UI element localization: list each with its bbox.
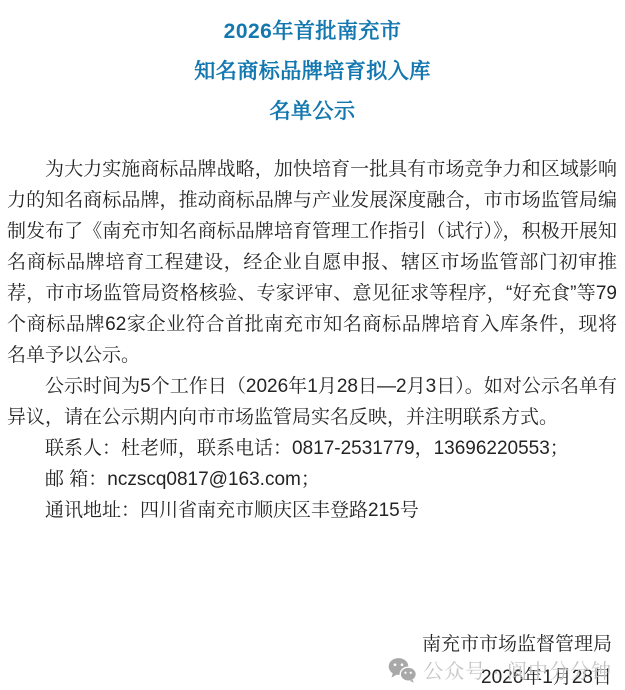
watermark-text: 公众号 · 阆中分分钟 (423, 655, 612, 684)
page-title-line-1: 2026年首批南充市 (0, 12, 625, 52)
body-paragraph-publicity-period: 公示时间为5个工作日（2026年1月28日—2月3日）。如对公示名单有异议，请在… (7, 371, 617, 433)
announcement-body: 为大力实施商标品牌战略，加快培育一批具有市场竞争力和区域影响力的知名商标品牌，推… (7, 154, 617, 526)
body-paragraph-intro: 为大力实施商标品牌战略，加快培育一批具有市场竞争力和区域影响力的知名商标品牌，推… (7, 154, 617, 371)
page-title-line-2: 知名商标品牌培育拟入库 (0, 52, 625, 92)
page-title: 2026年首批南充市 知名商标品牌培育拟入库 名单公示 (0, 0, 625, 132)
contact-email-line: 邮 箱：nczscq0817@163.com； (7, 464, 617, 495)
account-watermark: 公众号 · 阆中分分钟 (388, 655, 612, 684)
page-title-line-3: 名单公示 (0, 92, 625, 132)
contact-person-line: 联系人：杜老师，联系电话：0817-2531779，13696220553； (7, 433, 617, 464)
wechat-icon (388, 657, 416, 683)
contact-address-line: 通讯地址：四川省南充市顺庆区丰登路215号 (7, 495, 617, 526)
